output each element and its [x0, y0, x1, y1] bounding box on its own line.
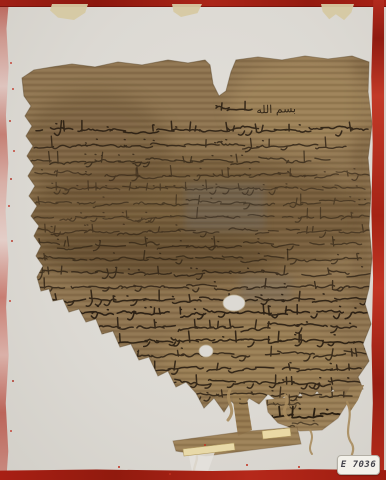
inventory-number: E 7036 [341, 460, 377, 470]
papyrus-fragment: بسم الله [20, 55, 380, 477]
papyrus-hole [199, 345, 213, 357]
inventory-label: E 7036 [337, 455, 380, 475]
red-tape-right [371, 0, 384, 480]
manuscript-opening-text: بسم الله [256, 102, 296, 116]
papyrus-photograph: بسم الله E 7036 [0, 0, 386, 480]
papyrus-canvas: بسم الله [0, 0, 386, 480]
papyrus-hole [223, 295, 245, 311]
red-paint-speckles [0, 0, 2, 2]
